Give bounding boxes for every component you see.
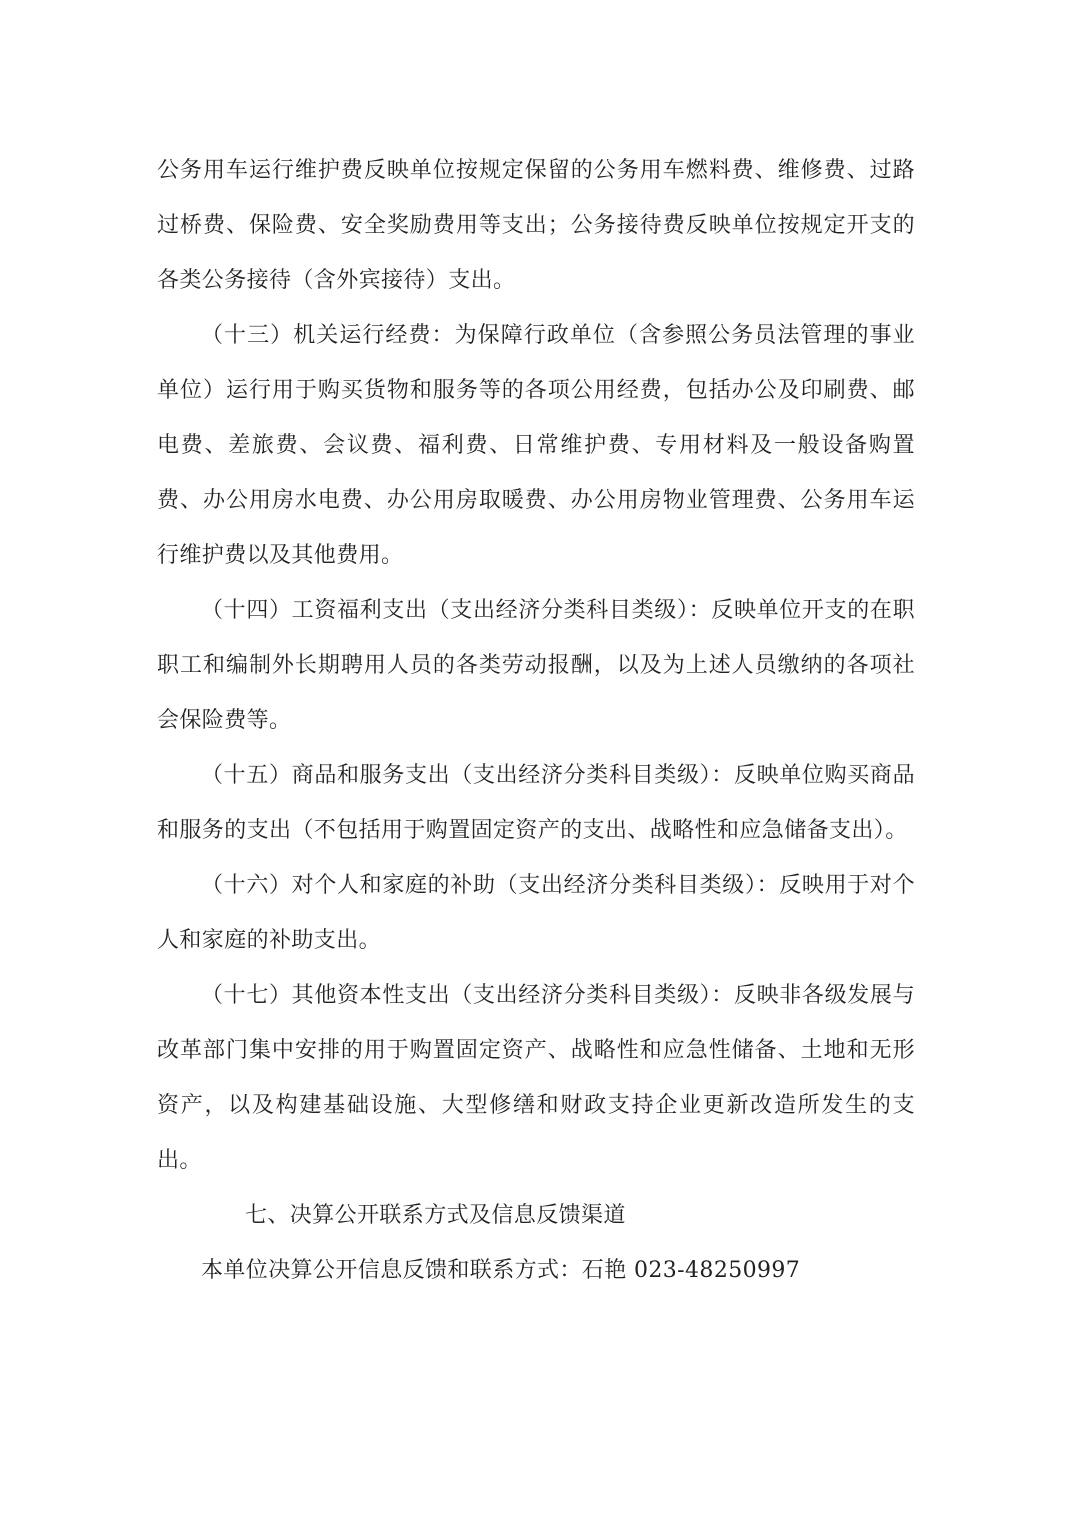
section-heading: 七、决算公开联系方式及信息反馈渠道 xyxy=(157,1188,915,1243)
document-page: 公务用车运行维护费反映单位按规定保留的公务用车燃料费、维修费、过路过桥费、保险费… xyxy=(0,0,1074,1520)
paragraph: （十五）商品和服务支出（支出经济分类科目类级）：反映单位购买商品和服务的支出（不… xyxy=(157,748,915,858)
paragraph: （十七）其他资本性支出（支出经济分类科目类级）：反映非各级发展与改革部门集中安排… xyxy=(157,968,915,1188)
paragraph: （十四）工资福利支出（支出经济分类科目类级）：反映单位开支的在职职工和编制外长期… xyxy=(157,583,915,748)
paragraph: 本单位决算公开信息反馈和联系方式：石艳 023-48250997 xyxy=(157,1243,915,1298)
paragraph: （十三）机关运行经费：为保障行政单位（含参照公务员法管理的事业单位）运行用于购买… xyxy=(157,308,915,583)
paragraph: 公务用车运行维护费反映单位按规定保留的公务用车燃料费、维修费、过路过桥费、保险费… xyxy=(157,143,915,308)
paragraph: （十六）对个人和家庭的补助（支出经济分类科目类级）：反映用于对个人和家庭的补助支… xyxy=(157,858,915,968)
document-body: 公务用车运行维护费反映单位按规定保留的公务用车燃料费、维修费、过路过桥费、保险费… xyxy=(157,143,915,1298)
